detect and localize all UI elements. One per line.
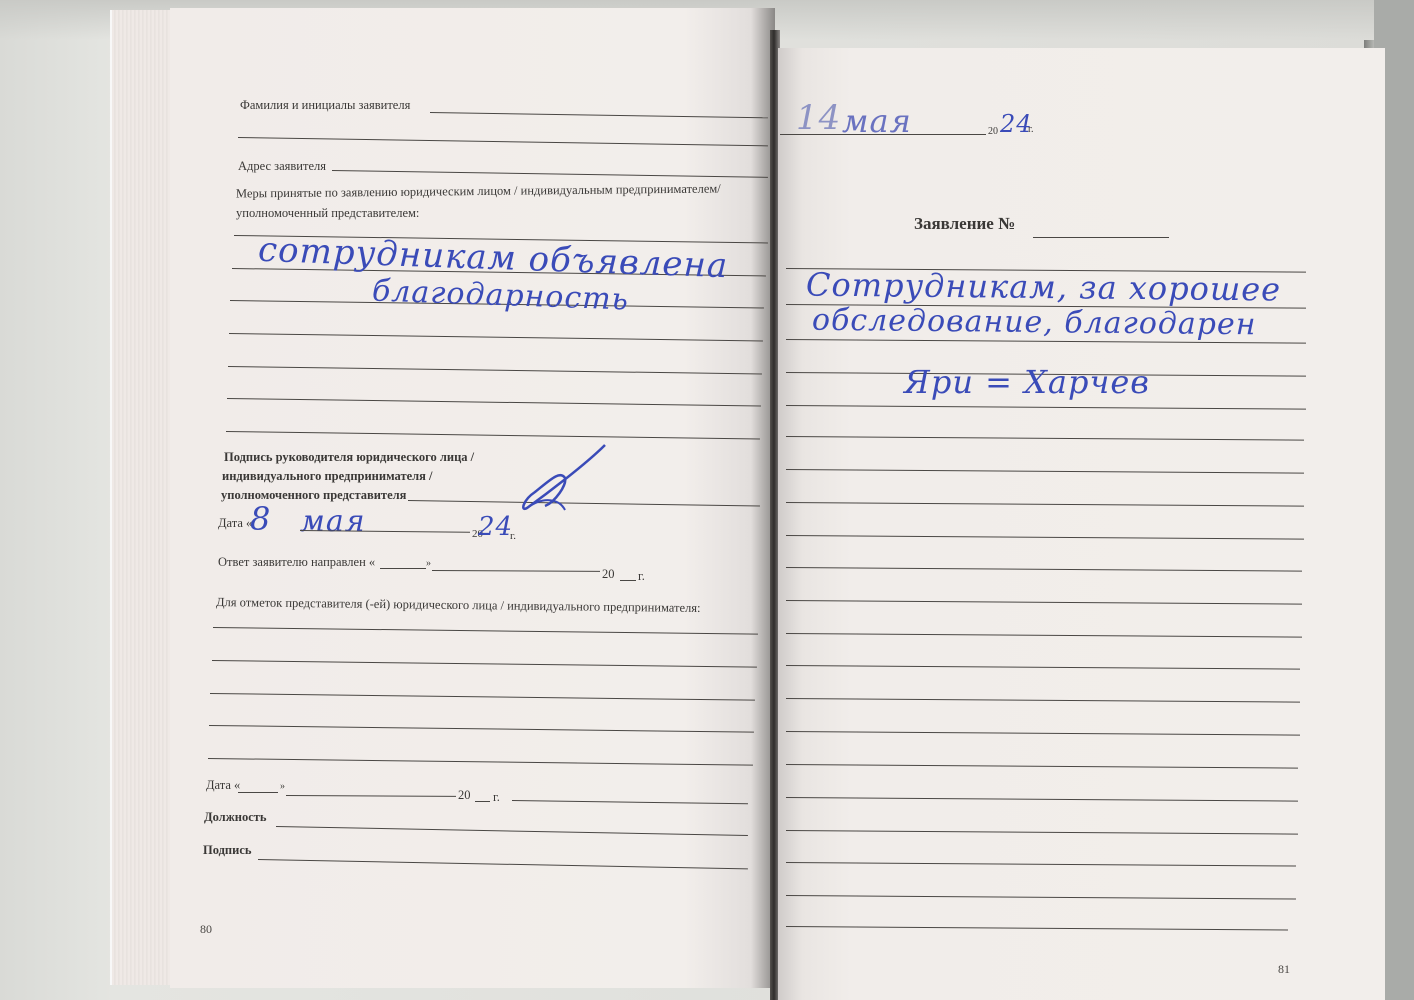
right-page: [778, 48, 1385, 1000]
date-handwritten-day: 8: [250, 500, 271, 538]
right-page-number: 81: [1278, 962, 1290, 977]
application-title: Заявление №: [914, 214, 1015, 234]
bottom-date-label: Дата «: [206, 778, 240, 793]
signature-label-line3: уполномоченного представителя: [221, 488, 406, 503]
signature-label-line1: Подпись руководителя юридического лица /: [224, 450, 474, 465]
signature-label-line2: индивидуального предпринимателя /: [222, 469, 433, 484]
date-suffix: г.: [510, 530, 516, 542]
left-page-number: 80: [200, 922, 212, 937]
response-day-field[interactable]: [380, 568, 426, 569]
signature-bottom-label: Подпись: [203, 843, 252, 858]
response-label: Ответ заявителю направлен «: [218, 555, 375, 570]
top-date-suffix: г.: [1028, 124, 1033, 135]
applicant-name-label: Фамилия и инициалы заявителя: [240, 98, 410, 113]
bottom-date-close-quote: »: [280, 781, 285, 792]
date-handwritten-month: мая: [300, 504, 366, 539]
top-date-year-prefix: 20: [988, 126, 998, 137]
response-year-suffix: г.: [638, 569, 645, 584]
response-close-quote: »: [426, 558, 431, 569]
applicant-address-label: Адрес заявителя: [238, 159, 326, 174]
application-handwritten-line2: обследование, благодарен: [812, 303, 1257, 343]
manager-signature-mark: [505, 440, 615, 515]
application-handwritten-line1: Сотрудникам, за хорошее: [806, 266, 1281, 309]
bottom-date-day-field[interactable]: [238, 792, 278, 793]
response-year-field[interactable]: [620, 580, 636, 581]
measures-label-line2: уполномоченный представителем:: [236, 206, 419, 221]
top-date-month-field[interactable]: [780, 134, 986, 135]
date-handwritten-year: 24: [478, 512, 513, 542]
bottom-date-year-field[interactable]: [475, 801, 490, 802]
position-label: Должность: [204, 810, 267, 825]
applicant-handwritten-signature: Яри = Харчев: [904, 363, 1150, 401]
top-date-handwritten-day: 14: [796, 98, 841, 138]
date-label: Дата «: [218, 516, 252, 531]
response-year-prefix: 20: [602, 567, 615, 582]
application-number-field[interactable]: [1033, 237, 1169, 238]
bottom-date-year-prefix: 20: [458, 788, 471, 803]
bottom-date-year-suffix: г.: [493, 790, 500, 805]
